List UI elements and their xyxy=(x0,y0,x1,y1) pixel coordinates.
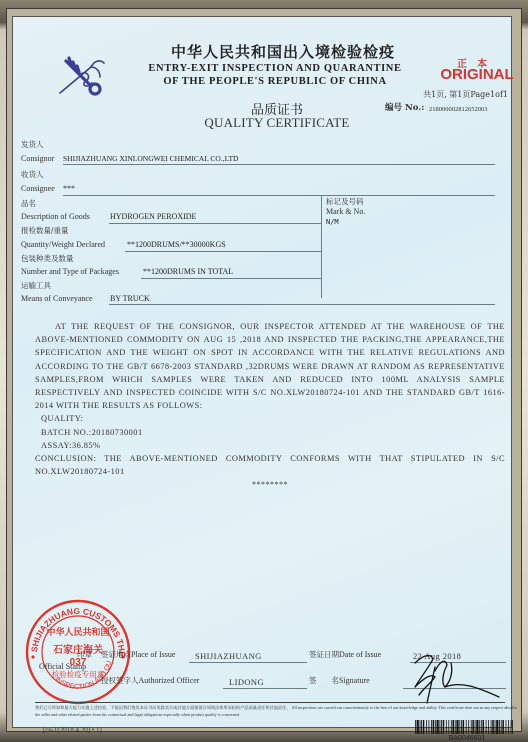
page-info: 共1页, 第1页Page1of1 xyxy=(408,89,508,100)
place-of-issue-label: 签证地点Place of Issue xyxy=(101,649,175,660)
certificate-paper: 中华人民共和国出入境检验检疫 ENTRY-EXIT INSPECTION AND… xyxy=(12,16,512,728)
handwritten-signature xyxy=(405,643,505,705)
agency-title-en-line1: ENTRY-EXIT INSPECTION AND QUARANTINE xyxy=(125,63,425,74)
certificate-title-en: QUALITY CERTIFICATE xyxy=(163,115,391,131)
packages-value: **1200DRUMS IN TOTAL xyxy=(143,267,233,276)
inspection-body: AT THE REQUEST OF THE CONSIGNOR, OUR INS… xyxy=(35,320,505,492)
consignor-label-en: Consignor xyxy=(21,154,54,163)
goods-value: HYDROGEN PEROXIDE xyxy=(110,212,196,221)
consignor-underline xyxy=(63,164,495,165)
agency-title-en-line2: OF THE PEOPLE'S REPUBLIC OF CHINA xyxy=(125,76,425,87)
batch-number: BATCH NO.:20180730001 xyxy=(35,426,505,439)
legal-disclaimer: 我们已尽所知和最大能力实施上述检验，不能因我们签发本证书而免除卖方或其他方面根据… xyxy=(35,704,517,718)
goods-label-en: Description of Goods xyxy=(21,212,90,221)
marks-label-cn: 标记及号码 xyxy=(326,196,364,207)
stamp-label-cn: 印章 xyxy=(77,650,92,659)
original-mark-en: ORIGINAL xyxy=(429,66,525,83)
authorized-officer-value: LIDONG xyxy=(229,677,264,687)
form-code: [ce-1(2018.4.20) • 1] xyxy=(43,726,102,734)
conveyance-underline xyxy=(109,304,495,305)
consignee-label-en: Consignee xyxy=(21,184,55,193)
goods-underline xyxy=(109,223,321,224)
consignor-value: SHIJIAZHUANG XINLONGWEI CHEMICAL CO.,LTD xyxy=(63,154,238,163)
inspection-paragraph: AT THE REQUEST OF THE CONSIGNOR, OUR INS… xyxy=(35,320,505,412)
place-underline xyxy=(189,662,307,663)
signature-label: 签 名Signature xyxy=(309,675,370,686)
stamp-inner-top: 中华人民共和国 xyxy=(46,626,109,638)
marks-value: N/M xyxy=(326,218,339,226)
quantity-label-en: Quantity/Weight Declared xyxy=(21,240,105,249)
date-of-issue-label: 签证日期Date of Issue xyxy=(309,649,381,660)
place-of-issue-value: SHIJIAZHUANG xyxy=(195,651,262,661)
consignee-underline xyxy=(63,195,495,196)
packages-label-en: Number and Type of Packages xyxy=(21,267,119,276)
authorized-officer-label: 授权签字人Authorized Officer xyxy=(101,675,199,686)
consignor-label-cn: 发货人 xyxy=(21,139,44,150)
quantity-label-cn: 报检数量/重量 xyxy=(21,225,69,236)
conveyance-label-cn: 运输工具 xyxy=(21,280,51,291)
conveyance-value: BY TRUCK xyxy=(110,294,150,303)
assay-result: ASSAY:36.85% xyxy=(35,439,505,452)
footer-divider xyxy=(35,702,505,703)
certificate-number-label: 编号 No.: xyxy=(385,101,424,113)
consignee-value: *** xyxy=(63,184,75,193)
conclusion: CONCLUSION: THE ABOVE-MENTIONED COMMODIT… xyxy=(35,452,505,478)
stamp-label-en: Official Stamp xyxy=(39,662,86,671)
disclaimer-cn: 我们已尽所知和最大能力实施上述检验，不能因我们签发本证书而免除卖方或其他方面根据… xyxy=(35,705,290,710)
key-caduceus-emblem-icon xyxy=(58,55,110,97)
consignee-label-cn: 收货人 xyxy=(21,169,44,180)
stamp-label: 印章 xyxy=(77,649,92,660)
marks-label-en: Mark & No. xyxy=(326,207,365,216)
barcode xyxy=(415,720,513,734)
quantity-underline xyxy=(125,251,321,252)
conveyance-label-en: Means of Conveyance xyxy=(21,294,93,303)
officer-underline xyxy=(223,688,307,689)
quantity-value: **1200DRUMS/**30000KGS xyxy=(127,240,226,249)
certificate-number: 218000002812652003 xyxy=(429,106,488,113)
goods-label-cn: 品名 xyxy=(21,198,36,209)
mark-column-divider xyxy=(321,195,322,298)
agency-title-cn: 中华人民共和国出入境检验检疫 xyxy=(153,41,413,62)
barcode-number: BA0046601 xyxy=(431,735,503,742)
end-marker: ******** xyxy=(35,478,505,491)
packages-label-cn: 包装种类及数量 xyxy=(21,253,74,264)
packages-underline xyxy=(141,278,321,279)
quality-label: QUALITY: xyxy=(35,412,505,425)
